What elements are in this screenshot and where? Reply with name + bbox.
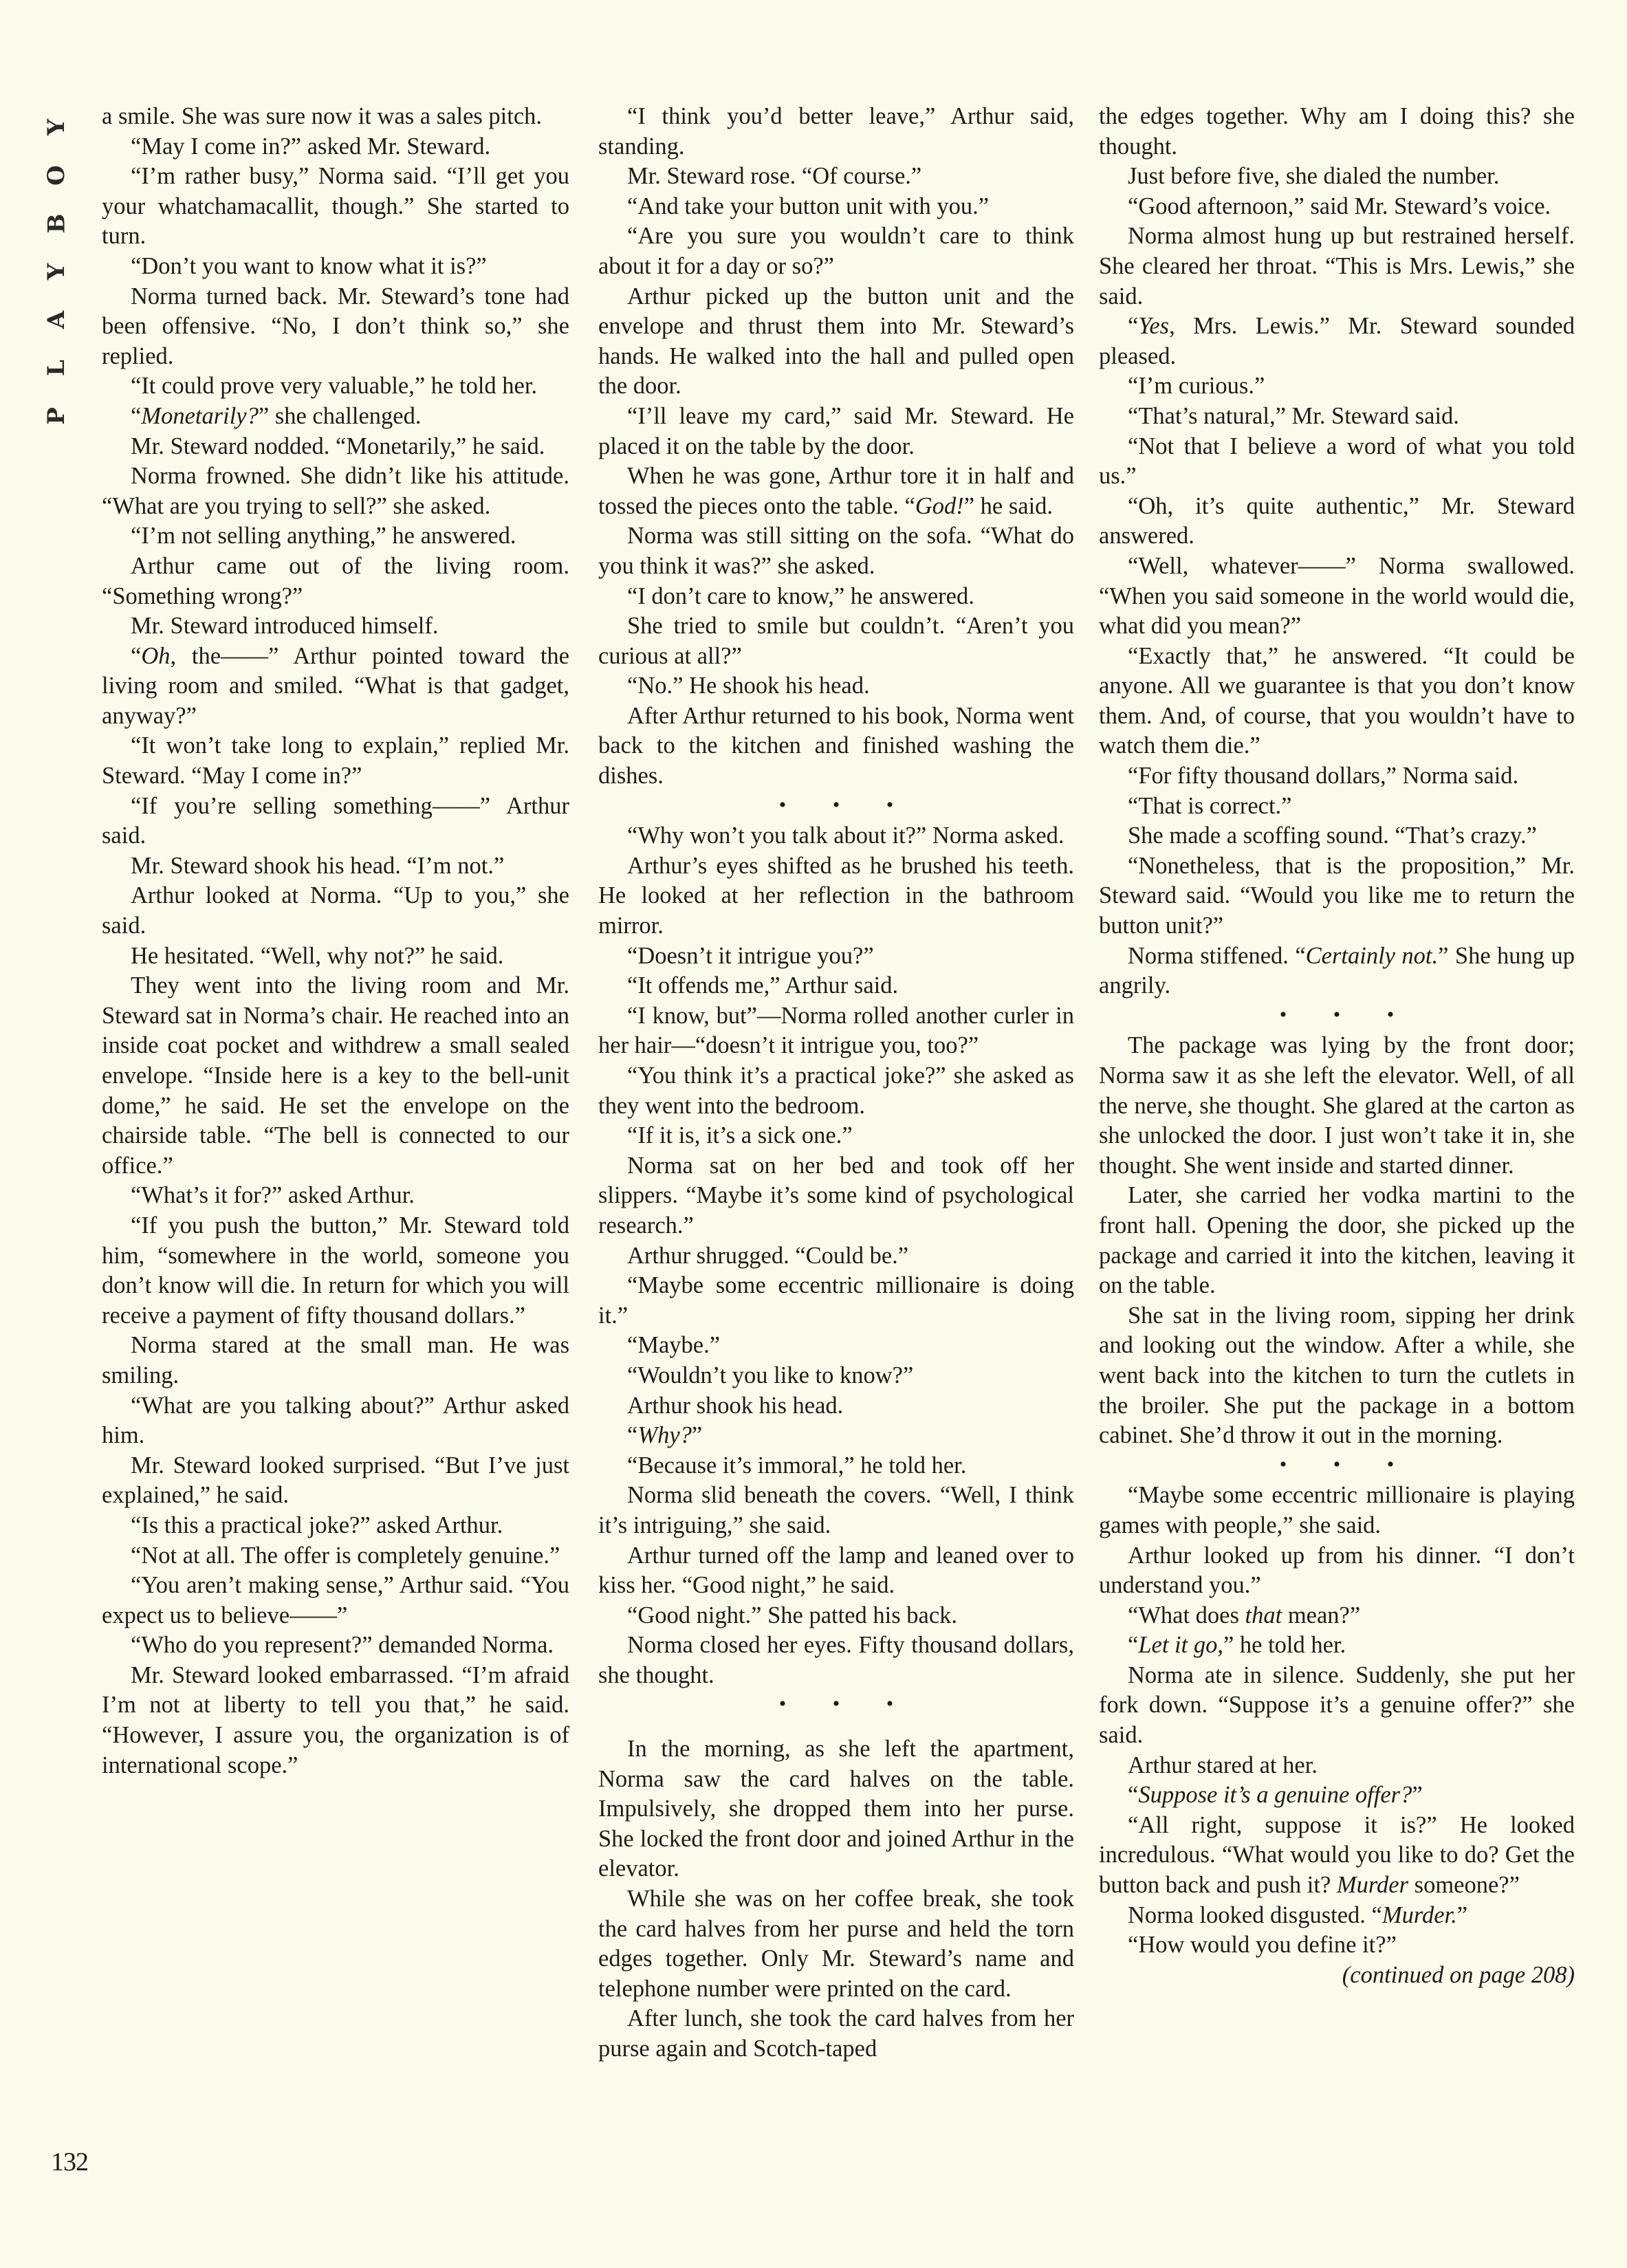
- paragraph: Norma almost hung up but restrained hers…: [1099, 221, 1575, 312]
- paragraph: “What’s it for?” asked Arthur.: [102, 1181, 569, 1211]
- paragraph: “Not that I believe a word of what you t…: [1099, 432, 1575, 492]
- paragraph: “I know, but”—Norma rolled another curle…: [598, 1001, 1074, 1061]
- paragraph: “Maybe some eccentric millionaire is pla…: [1099, 1481, 1575, 1540]
- paragraph: “Nonetheless, that is the proposition,” …: [1099, 851, 1575, 941]
- paragraph: “You think it’s a practical joke?” she a…: [598, 1061, 1074, 1121]
- masthead-letter: Y: [32, 263, 80, 280]
- paragraph: Arthur came out of the living room. “Som…: [102, 552, 569, 611]
- paragraph: Arthur looked at Norma. “Up to you,” she…: [102, 881, 569, 941]
- masthead-letter: L: [32, 360, 80, 376]
- paragraph: Arthur’s eyes shifted as he brushed his …: [598, 851, 1074, 941]
- paragraph: Norma stiffened. “Certainly not.” She hu…: [1099, 941, 1575, 1001]
- paragraph: Mr. Steward looked embarrassed. “I’m afr…: [102, 1661, 569, 1780]
- paragraph: “Monetarily?” she challenged.: [102, 402, 569, 432]
- paragraph: After Arthur returned to his book, Norma…: [598, 701, 1074, 792]
- paragraph: Norma turned back. Mr. Steward’s tone ha…: [102, 282, 569, 372]
- paragraph: Norma sat on her bed and took off her sl…: [598, 1151, 1074, 1241]
- paragraph: “It won’t take long to explain,” replied…: [102, 731, 569, 791]
- paragraph: “I don’t care to know,” he answered.: [598, 582, 1074, 612]
- paragraph: Norma looked disgusted. “Murder.”: [1099, 1901, 1575, 1931]
- paragraph: “It offends me,” Arthur said.: [598, 971, 1074, 1001]
- section-break: • • •: [1099, 1001, 1575, 1032]
- paragraph: “What are you talking about?” Arthur ask…: [102, 1391, 569, 1451]
- paragraph: Norma frowned. She didn’t like his attit…: [102, 461, 569, 521]
- article-column-3: the edges together. Why am I doing this?…: [1099, 102, 1575, 1990]
- paragraph: “May I come in?” asked Mr. Steward.: [102, 132, 569, 162]
- paragraph: “Suppose it’s a genuine offer?”: [1099, 1780, 1575, 1811]
- continued-notice: (continued on page 208): [1099, 1961, 1575, 1991]
- paragraph: “Maybe.”: [598, 1331, 1074, 1361]
- masthead-letter: A: [32, 311, 80, 329]
- paragraph: “Because it’s immoral,” he told her.: [598, 1451, 1074, 1481]
- paragraph: Norma slid beneath the covers. “Well, I …: [598, 1481, 1074, 1540]
- paragraph: “Well, whatever——” Norma swallowed. “Whe…: [1099, 552, 1575, 642]
- paragraph: Norma was still sitting on the sofa. “Wh…: [598, 521, 1074, 581]
- paragraph: “It could prove very valuable,” he told …: [102, 371, 569, 402]
- paragraph: “I’m curious.”: [1099, 371, 1575, 402]
- paragraph: The package was lying by the front door;…: [1099, 1031, 1575, 1181]
- paragraph: Mr. Steward shook his head. “I’m not.”: [102, 851, 569, 882]
- article-column-1: a smile. She was sure now it was a sales…: [102, 102, 569, 1780]
- paragraph: Mr. Steward looked surprised. “But I’ve …: [102, 1451, 569, 1511]
- paragraph: Norma closed her eyes. Fifty thousand do…: [598, 1631, 1074, 1690]
- paragraph: “Not at all. The offer is completely gen…: [102, 1541, 569, 1571]
- masthead-letter: O: [32, 165, 80, 186]
- paragraph: “I’m rather busy,” Norma said. “I’ll get…: [102, 162, 569, 252]
- paragraph: “Why won’t you talk about it?” Norma ask…: [598, 821, 1074, 851]
- paragraph: After lunch, she took the card halves fr…: [598, 2004, 1074, 2064]
- paragraph: “If it is, it’s a sick one.”: [598, 1121, 1074, 1151]
- section-break: • • •: [1099, 1451, 1575, 1481]
- paragraph: “Are you sure you wouldn’t care to think…: [598, 221, 1074, 281]
- paragraph: Arthur stared at her.: [1099, 1751, 1575, 1781]
- page-number: 132: [51, 2147, 88, 2177]
- paragraph: “Oh, it’s quite authentic,” Mr. Steward …: [1099, 492, 1575, 552]
- paragraph: “I think you’d better leave,” Arthur sai…: [598, 102, 1074, 162]
- paragraph: “Who do you represent?” demanded Norma.: [102, 1631, 569, 1661]
- masthead-letter: B: [32, 214, 80, 234]
- paragraph: Mr. Steward rose. “Of course.”: [598, 162, 1074, 192]
- paragraph: Arthur shook his head.: [598, 1391, 1074, 1421]
- paragraph: Arthur picked up the button unit and the…: [598, 282, 1074, 402]
- paragraph: “No.” He shook his head.: [598, 671, 1074, 701]
- paragraph: “That’s natural,” Mr. Steward said.: [1099, 402, 1575, 432]
- paragraph: While she was on her coffee break, she t…: [598, 1884, 1074, 2004]
- paragraph: “Oh, the——” Arthur pointed toward the li…: [102, 642, 569, 732]
- paragraph: She sat in the living room, sipping her …: [1099, 1301, 1575, 1451]
- paragraph: “If you’re selling something——” Arthur s…: [102, 792, 569, 851]
- paragraph: “For fifty thousand dollars,” Norma said…: [1099, 761, 1575, 792]
- paragraph: Later, she carried her vodka martini to …: [1099, 1181, 1575, 1300]
- paragraph: Arthur turned off the lamp and leaned ov…: [598, 1541, 1074, 1601]
- paragraph: “Exactly that,” he answered. “It could b…: [1099, 642, 1575, 761]
- paragraph: She tried to smile but couldn’t. “Aren’t…: [598, 611, 1074, 671]
- paragraph: “What does that mean?”: [1099, 1601, 1575, 1631]
- masthead-playboy: YOBYALP: [36, 103, 77, 440]
- paragraph: “That is correct.”: [1099, 792, 1575, 822]
- paragraph: the edges together. Why am I doing this?…: [1099, 102, 1575, 162]
- paragraph: Norma ate in silence. Suddenly, she put …: [1099, 1661, 1575, 1751]
- paragraph: Mr. Steward nodded. “Monetarily,” he sai…: [102, 432, 569, 462]
- paragraph: “Yes, Mrs. Lewis.” Mr. Steward sounded p…: [1099, 312, 1575, 371]
- paragraph: “And take your button unit with you.”: [598, 192, 1074, 222]
- paragraph: “You aren’t making sense,” Arthur said. …: [102, 1571, 569, 1631]
- paragraph: “I’ll leave my card,” said Mr. Steward. …: [598, 402, 1074, 461]
- masthead-letter: P: [32, 407, 80, 425]
- paragraph: Mr. Steward introduced himself.: [102, 611, 569, 642]
- paragraph: Arthur shrugged. “Could be.”: [598, 1241, 1074, 1272]
- paragraph: Just before five, she dialed the number.: [1099, 162, 1575, 192]
- paragraph: She made a scoffing sound. “That’s crazy…: [1099, 821, 1575, 851]
- paragraph: In the morning, as she left the apartmen…: [598, 1734, 1074, 1884]
- paragraph: “I’m not selling anything,” he answered.: [102, 521, 569, 552]
- paragraph: “Maybe some eccentric millionaire is doi…: [598, 1271, 1074, 1331]
- paragraph: “How would you define it?”: [1099, 1930, 1575, 1961]
- paragraph: “Wouldn’t you like to know?”: [598, 1361, 1074, 1391]
- paragraph: “Good night.” She patted his back.: [598, 1601, 1074, 1631]
- paragraph: “Why?”: [598, 1421, 1074, 1451]
- paragraph: Arthur looked up from his dinner. “I don…: [1099, 1541, 1575, 1601]
- paragraph: “Doesn’t it intrigue you?”: [598, 941, 1074, 972]
- article-column-2: “I think you’d better leave,” Arthur sai…: [598, 102, 1074, 2064]
- section-break: • • •: [598, 792, 1074, 822]
- paragraph: “All right, suppose it is?” He looked in…: [1099, 1811, 1575, 1901]
- paragraph: “Let it go,” he told her.: [1099, 1631, 1575, 1661]
- paragraph: “Good afternoon,” said Mr. Steward’s voi…: [1099, 192, 1575, 222]
- paragraph: When he was gone, Arthur tore it in half…: [598, 461, 1074, 521]
- paragraph: a smile. She was sure now it was a sales…: [102, 102, 569, 132]
- paragraph: “Is this a practical joke?” asked Arthur…: [102, 1511, 569, 1541]
- paragraph: He hesitated. “Well, why not?” he said.: [102, 941, 569, 972]
- masthead-letter: Y: [32, 119, 80, 135]
- paragraph: “If you push the button,” Mr. Steward to…: [102, 1211, 569, 1331]
- section-break: • • •: [598, 1690, 1074, 1721]
- paragraph: Norma stared at the small man. He was sm…: [102, 1331, 569, 1391]
- paragraph: “Don’t you want to know what it is?”: [102, 252, 569, 282]
- paragraph: They went into the living room and Mr. S…: [102, 971, 569, 1181]
